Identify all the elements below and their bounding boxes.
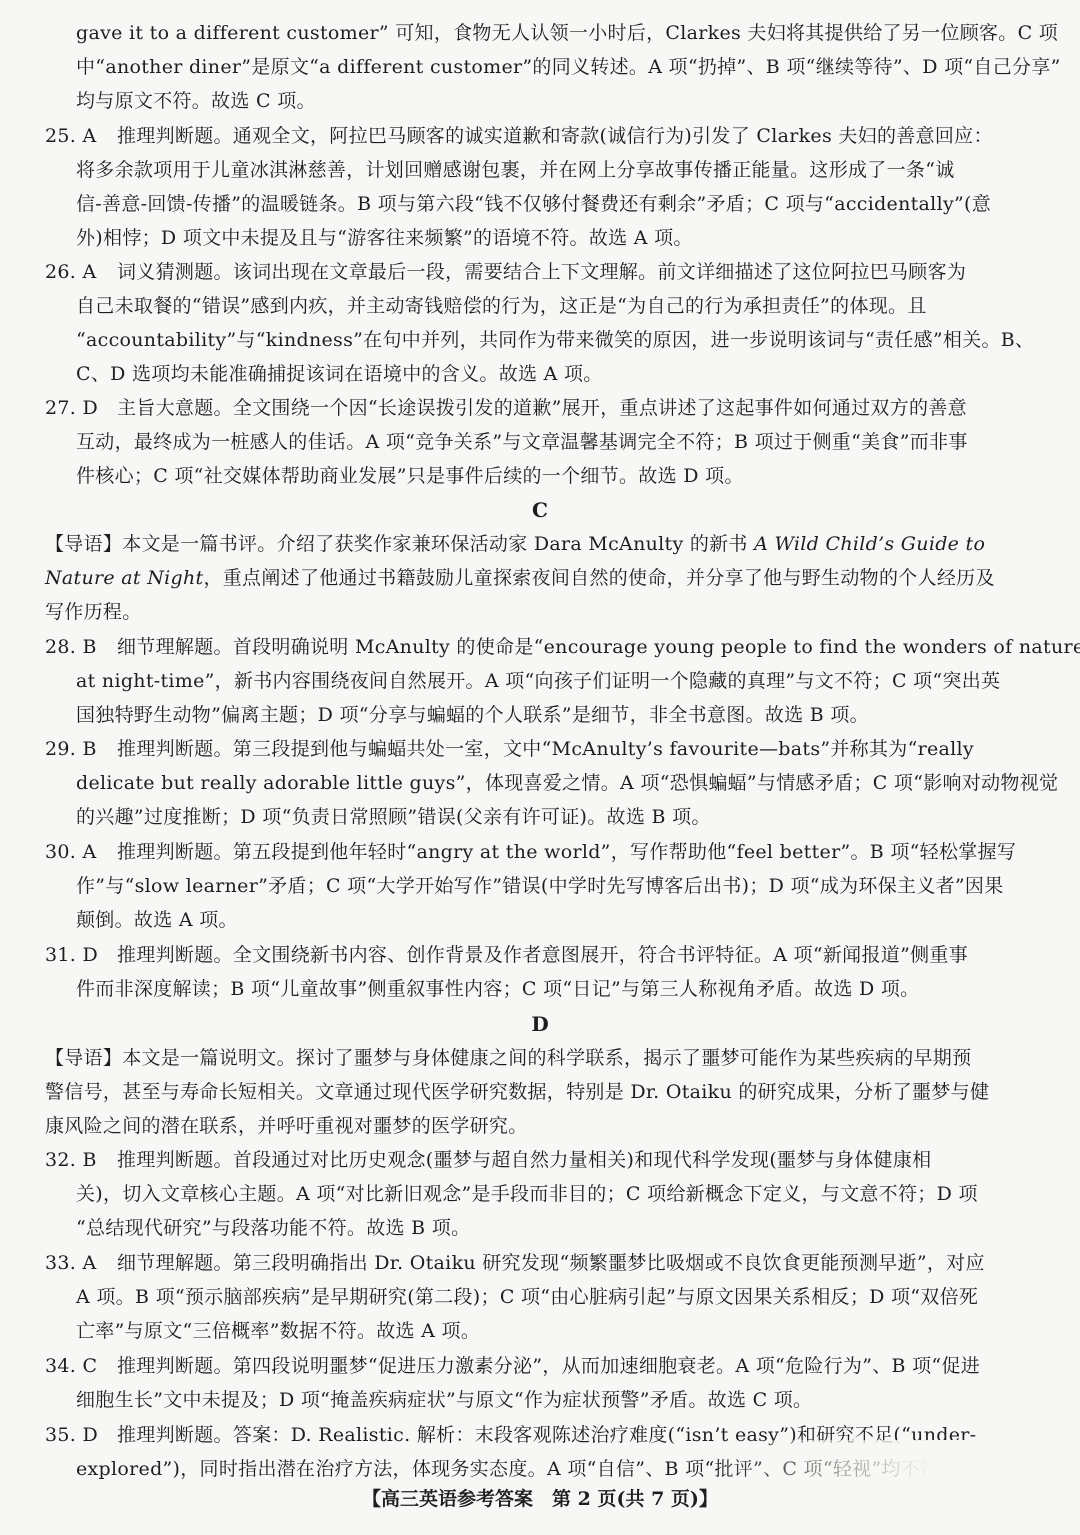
answer-number: 30. A [45, 835, 96, 869]
book-title: A Wild Child’s Guide to [754, 533, 985, 555]
answer-number: 25. A [45, 119, 96, 153]
answer-number: 35. D [45, 1418, 98, 1452]
section-heading-c: C [0, 493, 1080, 527]
answer-number: 28. B [45, 630, 97, 664]
answer-key-page: gave it to a different customer” 可知，食物无人… [0, 0, 1080, 1535]
section-heading-d: D [0, 1007, 1080, 1041]
answer-number: 26. A [45, 255, 96, 289]
intro-label: 【导语】 [45, 1047, 122, 1069]
answer-number: 33. A [45, 1246, 96, 1280]
answer-number: 29. B [45, 732, 97, 766]
answer-number: 32. B [45, 1143, 97, 1177]
answer-number: 27. D [45, 391, 98, 425]
page-footer: 【高三英语参考答案 第 2 页(共 7 页)】 [0, 1482, 1080, 1516]
book-title: Nature at Night [45, 567, 203, 589]
answer-number: 31. D [45, 938, 98, 972]
intro-label: 【导语】 [45, 533, 122, 555]
answer-number: 34. C [45, 1349, 97, 1383]
